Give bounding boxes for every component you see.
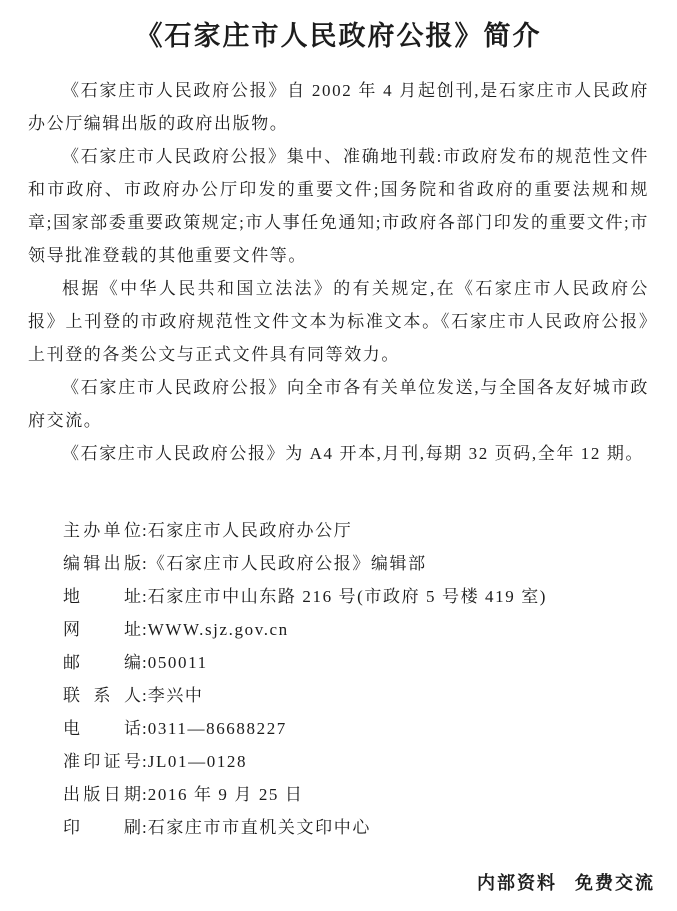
info-line-contact: 联系人:李兴中	[63, 679, 649, 712]
gazette-intro-page: 《石家庄市人民政府公报》简介 《石家庄市人民政府公报》自 2002 年 4 月起…	[0, 0, 677, 911]
info-label: 主办单位	[63, 514, 141, 547]
paragraph-legal-status: 根据《中华人民共和国立法法》的有关规定,在《石家庄市人民政府公报》上刊登的市政府…	[28, 272, 649, 371]
paragraph-distribution: 《石家庄市人民政府公报》向全市各有关单位发送,与全国各友好城市政府交流。	[28, 371, 649, 437]
publication-info-list: 主办单位:石家庄市人民政府办公厅 编辑出版:《石家庄市人民政府公报》编辑部 地址…	[63, 514, 649, 844]
paragraph-founding: 《石家庄市人民政府公报》自 2002 年 4 月起创刊,是石家庄市人民政府办公厅…	[28, 74, 649, 140]
info-value: 石家庄市市直机关文印中心	[148, 818, 371, 837]
info-line-organizer: 主办单位:石家庄市人民政府办公厅	[63, 514, 649, 547]
info-value: 《石家庄市人民政府公报》编辑部	[148, 554, 427, 573]
info-label: 邮编	[63, 646, 141, 679]
info-separator: :	[141, 613, 148, 646]
info-separator: :	[141, 712, 148, 745]
paragraph-contents: 《石家庄市人民政府公报》集中、准确地刊载:市政府发布的规范性文件和市政府、市政府…	[28, 140, 649, 272]
info-separator: :	[141, 580, 148, 613]
info-value: 050011	[148, 653, 208, 672]
info-separator: :	[141, 778, 148, 811]
info-label: 出版日期	[63, 778, 141, 811]
page-title: 《石家庄市人民政府公报》简介	[0, 0, 677, 54]
info-separator: :	[141, 679, 148, 712]
info-line-website: 网址:WWW.sjz.gov.cn	[63, 613, 649, 646]
info-line-publish-date: 出版日期:2016 年 9 月 25 日	[63, 778, 649, 811]
footer-internal-material-label: 内部资料	[477, 873, 557, 893]
info-separator: :	[141, 646, 148, 679]
info-label: 联系人	[63, 679, 141, 712]
info-separator: :	[141, 811, 148, 844]
info-label: 编辑出版	[63, 547, 141, 580]
info-value: 0311—86688227	[148, 719, 287, 738]
info-label: 电话	[63, 712, 141, 745]
footer-note: 内部资料免费交流	[477, 869, 655, 895]
info-separator: :	[141, 547, 148, 580]
paragraph-format: 《石家庄市人民政府公报》为 A4 开本,月刊,每期 32 页码,全年 12 期。	[28, 437, 649, 470]
info-value: 李兴中	[148, 686, 204, 705]
footer-free-exchange-label: 免费交流	[575, 873, 655, 893]
info-separator: :	[141, 745, 148, 778]
info-line-address: 地址:石家庄市中山东路 216 号(市政府 5 号楼 419 室)	[63, 580, 649, 613]
info-line-permit-number: 准印证号:JL01—0128	[63, 745, 649, 778]
info-label: 印刷	[63, 811, 141, 844]
info-line-phone: 电话:0311—86688227	[63, 712, 649, 745]
info-label: 网址	[63, 613, 141, 646]
info-label: 准印证号	[63, 745, 141, 778]
info-value: 石家庄市中山东路 216 号(市政府 5 号楼 419 室)	[148, 587, 547, 606]
info-line-postcode: 邮编:050011	[63, 646, 649, 679]
info-value: WWW.sjz.gov.cn	[148, 620, 289, 639]
info-value: JL01—0128	[148, 752, 247, 771]
intro-paragraphs: 《石家庄市人民政府公报》自 2002 年 4 月起创刊,是石家庄市人民政府办公厅…	[28, 74, 649, 470]
info-label: 地址	[63, 580, 141, 613]
info-line-publisher: 编辑出版:《石家庄市人民政府公报》编辑部	[63, 547, 649, 580]
info-line-printer: 印刷:石家庄市市直机关文印中心	[63, 811, 649, 844]
info-value: 2016 年 9 月 25 日	[148, 785, 304, 804]
info-separator: :	[141, 514, 148, 547]
info-value: 石家庄市人民政府办公厅	[148, 521, 353, 540]
